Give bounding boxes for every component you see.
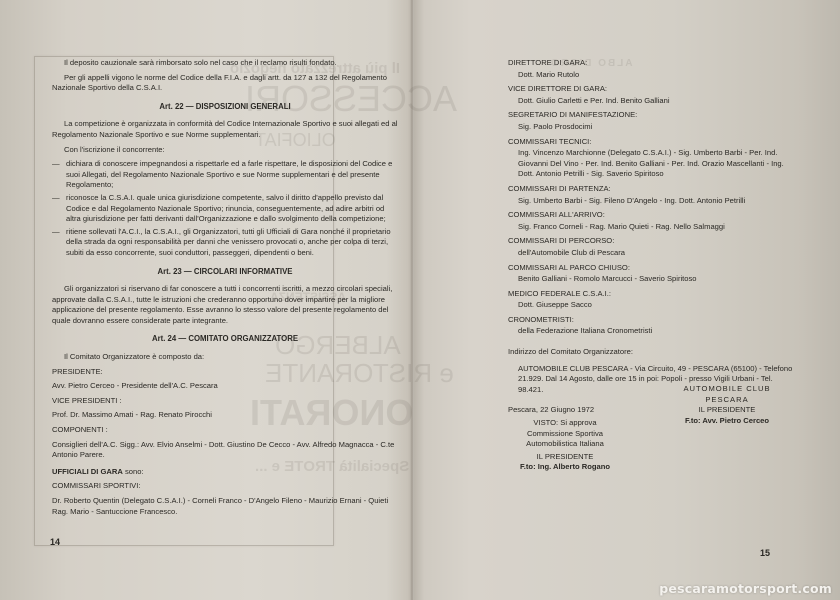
right-page-body: DIRETTORE DI GARA: Dott. Mario Rutolo VI… xyxy=(508,58,798,420)
role-label: VICE PRESIDENTI : xyxy=(52,396,398,407)
officials-heading: UFFICIALI DI GARA sono: xyxy=(52,467,398,478)
signature-club: AUTOMOBILE CLUB PESCARA IL PRESIDENTE F.… xyxy=(662,384,792,426)
role-label: COMMISSARI ALL'ARRIVO: xyxy=(508,210,798,221)
role-value: Dr. Roberto Quentin (Delegato C.S.A.I.) … xyxy=(52,496,398,517)
signature-csai: VISTO: Si approva Commissione Sportiva A… xyxy=(510,418,620,473)
signature-name: F.to: Avv. Pietro Cerceo xyxy=(662,416,792,427)
role-label: COMMISSARI DI PERCORSO: xyxy=(508,236,798,247)
role-value: Sig. Franco Corneli - Rag. Mario Quieti … xyxy=(518,222,798,233)
dash-bullet: — xyxy=(52,193,66,225)
role-value: Sig. Umberto Barbi - Sig. Fileno D'Angel… xyxy=(518,196,798,207)
officials-list: DIRETTORE DI GARA: Dott. Mario Rutolo VI… xyxy=(508,58,798,337)
site-watermark: pescaramotorsport.com xyxy=(659,581,832,596)
signature-name: F.to: Ing. Alberto Rogano xyxy=(510,462,620,473)
role-value: dell'Automobile Club di Pescara xyxy=(518,248,798,259)
role-value: Dott. Giuseppe Sacco xyxy=(518,300,798,311)
role-value: Ing. Vincenzo Marchionne (Delegato C.S.A… xyxy=(518,148,798,180)
role-label: SEGRETARIO DI MANIFESTAZIONE: xyxy=(508,110,798,121)
role-value: Sig. Paolo Prosdocimi xyxy=(518,122,798,133)
role-label: CRONOMETRISTI: xyxy=(508,315,798,326)
role-value: Dott. Mario Rutolo xyxy=(518,70,798,81)
role-label: COMPONENTI : xyxy=(52,425,398,436)
role-label: DIRETTORE DI GARA: xyxy=(508,58,798,69)
article-title: Art. 24 — COMITATO ORGANIZZATORE xyxy=(52,334,398,345)
role-value: Dott. Giulio Carletti e Per. Ind. Benito… xyxy=(518,96,798,107)
role-label: COMMISSARI DI PARTENZA: xyxy=(508,184,798,195)
paragraph: Il Comitato Organizzatore è composto da: xyxy=(52,352,398,363)
paragraph: La competizione è organizzata in conform… xyxy=(52,119,398,140)
role-label: MEDICO FEDERALE C.S.A.I.: xyxy=(508,289,798,300)
signature-role: IL PRESIDENTE xyxy=(662,405,792,416)
article-title: Art. 22 — DISPOSIZIONI GENERALI xyxy=(52,102,398,113)
paragraph: Per gli appelli vigono le norme del Codi… xyxy=(52,73,398,94)
role-label: COMMISSARI TECNICI: xyxy=(508,137,798,148)
booklet-spread: Il più attrezzato negozio ACCESSORI OLIO… xyxy=(0,0,840,600)
role-value: Prof. Dr. Massimo Amati - Rag. Renato Pi… xyxy=(52,410,398,421)
signature-org: Commissione Sportiva xyxy=(510,429,620,440)
dash-bullet: — xyxy=(52,227,66,259)
left-page-body: Il deposito cauzionale sarà rimborsato s… xyxy=(52,58,398,521)
list-item: — riconosce la C.S.A.I. quale unica giur… xyxy=(52,193,398,225)
approval-line: VISTO: Si approva xyxy=(510,418,620,429)
signature-org: AUTOMOBILE CLUB PESCARA xyxy=(662,384,792,405)
list-item: — ritiene sollevati l'A.C.I., la C.S.A.I… xyxy=(52,227,398,259)
signature-role: IL PRESIDENTE xyxy=(510,452,620,463)
role-value: Avv. Pietro Cerceo - Presidente dell'A.C… xyxy=(52,381,398,392)
paragraph: Con l'iscrizione il concorrente: xyxy=(52,145,398,156)
page-number: 14 xyxy=(50,537,60,547)
page-number: 15 xyxy=(760,548,770,558)
signature-org: Automobilistica Italiana xyxy=(510,439,620,450)
role-value: Consiglieri dell'A.C. Sigg.: Avv. Elvio … xyxy=(52,440,398,461)
address-label: Indirizzo del Comitato Organizzatore: xyxy=(508,347,798,358)
left-page: Il più attrezzato negozio ACCESSORI OLIO… xyxy=(0,0,412,600)
role-label: PRESIDENTE: xyxy=(52,367,398,378)
paragraph: Gli organizzatori si riservano di far co… xyxy=(52,284,398,326)
article-title: Art. 23 — CIRCOLARI INFORMATIVE xyxy=(52,267,398,278)
list-item: — dichiara di conoscere impegnandosi a r… xyxy=(52,159,398,191)
role-label: COMMISSARI AL PARCO CHIUSO: xyxy=(508,263,798,274)
role-value: Benito Galliani - Romolo Marcucci - Save… xyxy=(518,274,798,285)
paragraph: Il deposito cauzionale sarà rimborsato s… xyxy=(52,58,398,69)
role-label: VICE DIRETTORE DI GARA: xyxy=(508,84,798,95)
dash-bullet: — xyxy=(52,159,66,191)
role-value: della Federazione Italiana Cronometristi xyxy=(518,326,798,337)
right-page: ALBO D'ORO DIRETTORE DI GARA: Dott. Mari… xyxy=(414,0,840,600)
role-label: COMMISSARI SPORTIVI: xyxy=(52,481,398,492)
